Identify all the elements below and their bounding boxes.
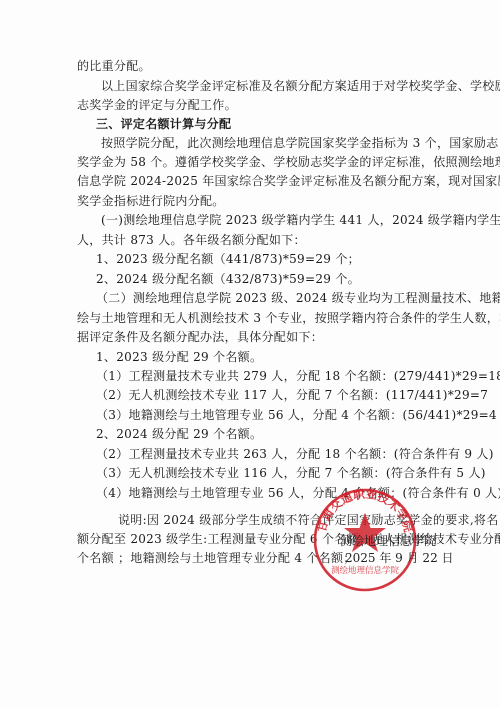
text-line: （3）地籍测绘与土地管理专业 56 人，分配 4 个名额：(56/441)*29… — [96, 408, 497, 422]
text-line: 额分配至 2023 级学生:工程测量专业分配 6 个名额；无人机测绘技术专业分配… — [77, 532, 500, 546]
text-line: 人，共计 873 人。各年级名额分配如下： — [77, 233, 306, 247]
text-line: 说明:因 2024 级部分学生成绩不符合评定国家励志奖学金的要求,将名 — [118, 513, 499, 527]
text-line: 奖学金为 58 个。遵循学校奖学金、学校励志奖学金的评定标准，依照测绘地理 — [77, 155, 500, 169]
text-line: （4）地籍测绘与土地管理专业 56 人，分配 4 个名额：(符合条件有 0 人) — [96, 486, 500, 500]
signature-date: 2025 年 9 月 22 日 — [345, 551, 454, 565]
text-line: 1、2023 级分配 29 个名额。 — [96, 350, 262, 364]
section-heading: 三、评定名额计算与分配 — [96, 117, 231, 131]
text-line: 奖学金指标进行院内分配。 — [77, 194, 225, 208]
document-page: 的比重分配。以上国家综合奖学金评定标准及名额分配方案适用于对学校奖学金、学校励志… — [0, 0, 500, 708]
text-line: （二）测绘地理信息学院 2023 级、2024 级专业均为工程测量技术、地籍测 — [96, 291, 500, 305]
text-line: （2）工程测量技术专业共 263 人，分配 18 个名额：(符合条件有 9 人) — [96, 447, 494, 461]
text-line: (一)测绘地理信息学院 2023 级学籍内学生 441 人，2024 级学籍内学… — [101, 213, 500, 227]
text-line: 按照学院分配，此次测绘地理信息学院国家奖学金指标为 3 个，国家励志 — [101, 136, 498, 150]
text-line: 的比重分配。 — [77, 59, 151, 73]
signature-organization: 测绘地理信息学院 — [340, 534, 436, 548]
seal-inner-text: 测绘地理信息学院 — [331, 565, 400, 576]
text-line: 以上国家综合奖学金评定标准及名额分配方案适用于对学校奖学金、学校励 — [101, 79, 500, 93]
text-line: （2）无人机测绘技术专业 117 人，分配 7 个名额：(117/441)*29… — [96, 388, 488, 402]
text-line: 1、2023 级分配名额（441/873)*59=29 个； — [96, 252, 360, 266]
text-line: 信息学院 2024-2025 年国家综合奖学金评定标准及名额分配方案，现对国家励… — [77, 174, 500, 188]
text-line: （3）无人机测绘技术专业 116 人，分配 7 个名额：(符合条件有 5 人) — [96, 466, 486, 480]
text-line: 2、2024 级分配 29 个名额。 — [96, 427, 262, 441]
text-line: （1）工程测量技术专业共 279 人，分配 18 个名额：(279/441)*2… — [96, 369, 500, 383]
text-line: 2、2024 级分配名额（432/873)*59=29 个。 — [96, 272, 360, 286]
text-line: 据评定条件及名额分配办法，具体分配如下： — [77, 330, 323, 344]
text-line: 志奖学金的评定与分配工作。 — [77, 98, 237, 112]
text-line: 绘与土地管理和无人机测绘技术 3 个专业，按照学籍内符合条件的学生人数，根 — [77, 311, 500, 325]
